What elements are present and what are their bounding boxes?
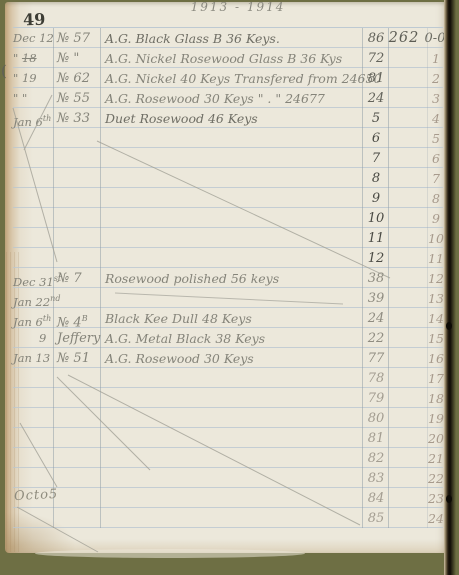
year-heading: 1913 - 1914: [163, 0, 313, 14]
ledger-photo: 49 1913 - 1914 ( Dec 12 № 57 A.G. Black …: [0, 0, 459, 575]
entry-no: № 62: [57, 68, 90, 88]
qty-cell: 5: [363, 108, 389, 128]
entry-no: № 33: [57, 108, 90, 128]
entry-date: Jan 22nd: [13, 288, 60, 308]
qty-cell: 78: [363, 368, 389, 388]
entry-no: № 55: [57, 88, 90, 108]
entry-no: № 51: [57, 348, 90, 368]
entry-date: Jan 6th: [13, 108, 51, 128]
qty-cell: 22: [363, 328, 389, 348]
book-binding: [444, 0, 456, 575]
entry-no: № 4B: [57, 308, 88, 328]
entry-date: Jan 6th: [13, 308, 51, 328]
entry-desc: A.G. Rosewood 30 Keys " . " 24677: [105, 88, 325, 108]
column-rule-no: [100, 28, 101, 528]
entry-no: Jeffery: [57, 328, 100, 348]
entry-date: " ": [13, 88, 27, 108]
qty-cell: 38: [363, 268, 389, 288]
entry-desc: A.G. Black Glass B 36 Keys.: [105, 28, 280, 48]
entry-date: 9: [39, 328, 46, 348]
entry-date: Dec 12: [13, 28, 54, 48]
qty-cell: 8: [363, 168, 389, 188]
qty-cell: 82: [363, 448, 389, 468]
entry-desc: Duet Rosewood 46 Keys: [105, 108, 258, 128]
qty-cell: 83: [363, 468, 389, 488]
page-bottom-edge: [35, 549, 305, 558]
qty-cell: 12: [363, 248, 389, 268]
entry-date: Jan 13: [13, 348, 50, 368]
qty-cell: 85: [363, 508, 389, 528]
qty-cell: 9: [363, 188, 389, 208]
qty-cell: 24: [363, 308, 389, 328]
entry-desc: Black Kee Dull 48 Keys: [105, 308, 252, 328]
qty-cell: 81: [363, 428, 389, 448]
entry-desc: A.G. Nickel 40 Keys Transfered from 2465…: [105, 68, 381, 88]
qty-cell: 77: [363, 348, 389, 368]
qty-cell: 10: [363, 208, 389, 228]
edge-mark: (: [1, 62, 7, 80]
qty-cell: 84: [363, 488, 389, 508]
entry-no: № 57: [57, 28, 90, 48]
qty-cell: 81: [363, 68, 389, 88]
entry-desc: Rosewood polished 56 keys: [105, 268, 279, 288]
entry-date: " 19: [13, 68, 37, 88]
ledger-page: 49 1913 - 1914 ( Dec 12 № 57 A.G. Black …: [5, 2, 446, 553]
qty-cell: 7: [363, 148, 389, 168]
qty-cell: 79: [363, 388, 389, 408]
ledger-grid: Dec 12 № 57 A.G. Black Glass B 36 Keys. …: [13, 27, 443, 528]
qty-cell: 11: [363, 228, 389, 248]
qty-cell: 24: [363, 88, 389, 108]
binding-knot: [446, 495, 452, 503]
entry-date: " 18: [13, 48, 37, 68]
bottom-left-scrawl: Octo5: [14, 487, 59, 504]
entry-date: Dec 31st: [13, 268, 61, 288]
entry-no: № ": [57, 48, 79, 68]
binding-knot: [446, 322, 452, 330]
entry-desc: A.G. Rosewood 30 Keys: [105, 348, 254, 368]
qty-cell: 80: [363, 408, 389, 428]
entry-desc: A.G. Metal Black 38 Keys: [105, 328, 265, 348]
qty-cell: 6: [363, 128, 389, 148]
entry-no: № 7: [57, 268, 82, 288]
qty-cell: 72: [363, 48, 389, 68]
entry-desc: A.G. Nickel Rosewood Glass B 36 Kys: [105, 48, 342, 68]
qty-cell: 39: [363, 288, 389, 308]
